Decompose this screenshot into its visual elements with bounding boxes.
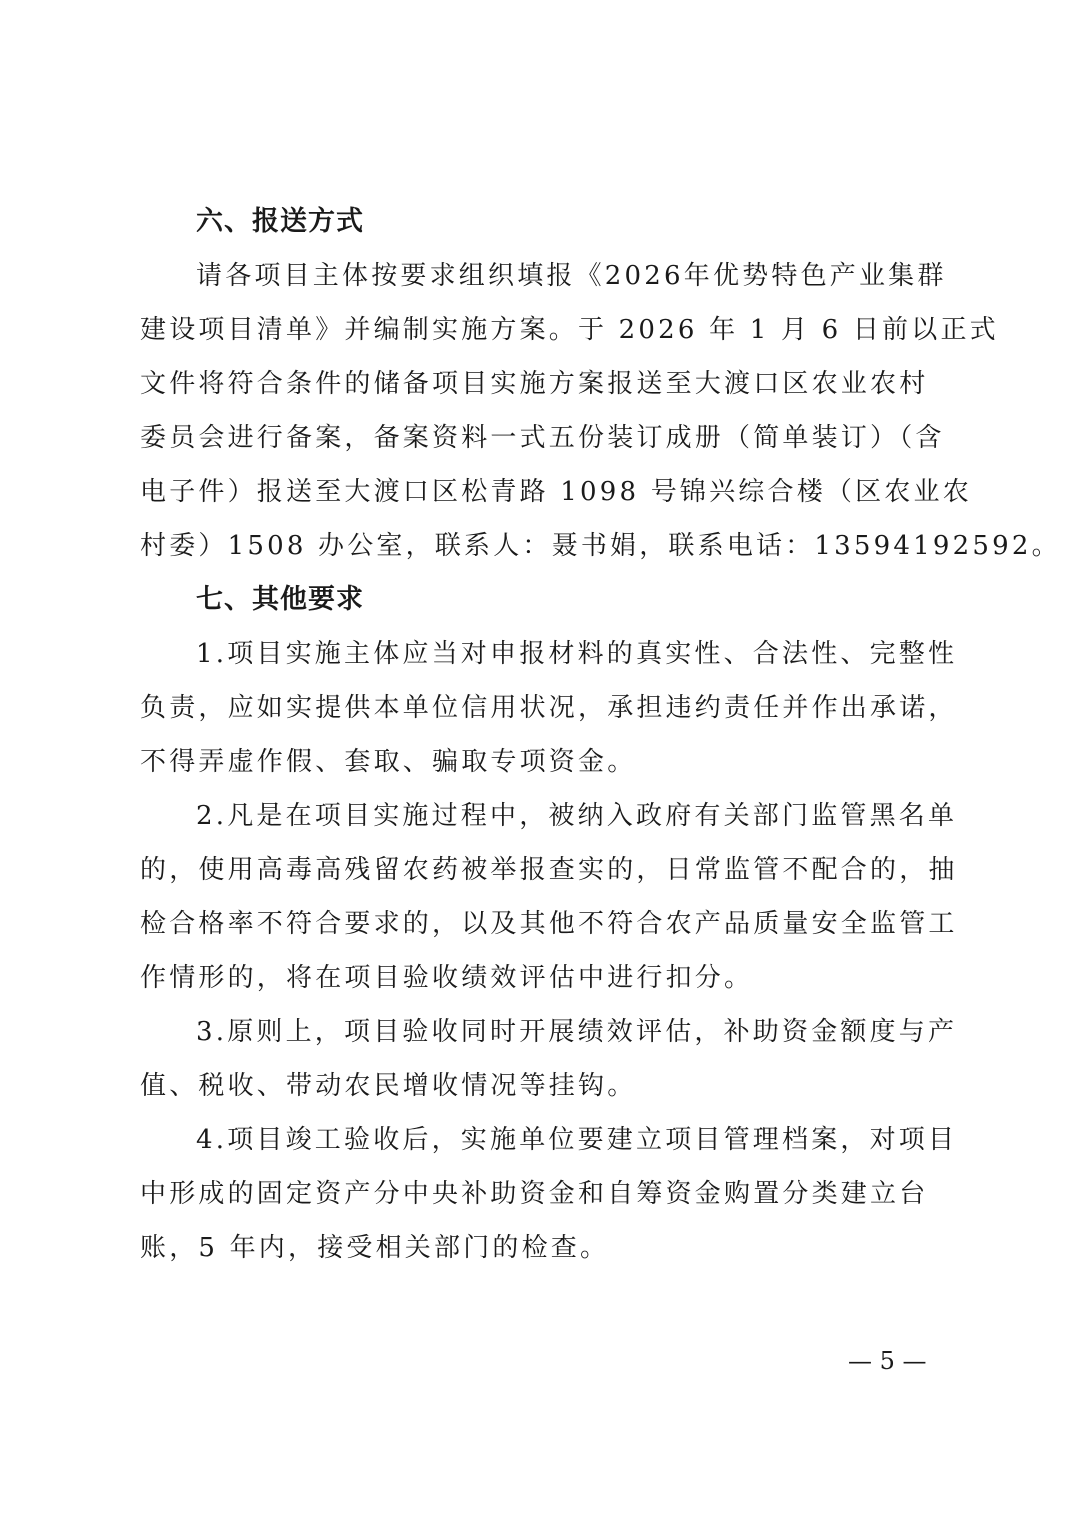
requirement-3-line: 3.原则上，项目验收同时开展绩效评估，补助资金额度与产 [196,1005,940,1059]
requirement-4-line: 4.项目竣工验收后，实施单位要建立项目管理档案，对项目 [196,1113,940,1167]
requirement-1-line: 不得弄虚作假、套取、骗取专项资金。 [140,735,940,789]
requirement-4-line: 账，5 年内，接受相关部门的检查。 [140,1221,940,1275]
requirement-1-line: 1.项目实施主体应当对申报材料的真实性、合法性、完整性 [196,627,940,681]
requirement-1-line: 负责，应如实提供本单位信用状况，承担违约责任并作出承诺， [140,681,940,735]
requirement-3-line: 值、税收、带动农民增收情况等挂钩。 [140,1059,940,1113]
section-heading-submission-method: 六、报送方式 [196,195,364,249]
paragraph-line: 请各项目主体按要求组织填报《2026年优势特色产业集群 [196,249,940,303]
requirement-2-line: 检合格率不符合要求的，以及其他不符合农产品质量安全监管工 [140,897,940,951]
paragraph-line: 电子件）报送至大渡口区松青路 1098 号锦兴综合楼（区农业农 [140,465,940,519]
paragraph-line: 文件将符合条件的储备项目实施方案报送至大渡口区农业农村 [140,357,940,411]
requirement-2-line: 2.凡是在项目实施过程中，被纳入政府有关部门监管黑名单 [196,789,940,843]
paragraph-line: 委员会进行备案，备案资料一式五份装订成册（简单装订）（含 [140,411,940,465]
paragraph-line: 村委）1508 办公室，联系人：聂书娟，联系电话：13594192592。 [140,519,940,573]
paragraph-line: 建设项目清单》并编制实施方案。于 2026 年 1 月 6 日前以正式 [140,303,940,357]
requirement-2-line: 的，使用高毒高残留农药被举报查实的，日常监管不配合的，抽 [140,843,940,897]
requirement-4-line: 中形成的固定资产分中央补助资金和自筹资金购置分类建立台 [140,1167,940,1221]
document-page: 六、报送方式 请各项目主体按要求组织填报《2026年优势特色产业集群 建设项目清… [0,0,1074,1520]
section-heading-other-requirements: 七、其他要求 [196,573,364,627]
requirement-2-line: 作情形的，将在项目验收绩效评估中进行扣分。 [140,951,940,1005]
page-number: — 5 — [848,1343,927,1379]
